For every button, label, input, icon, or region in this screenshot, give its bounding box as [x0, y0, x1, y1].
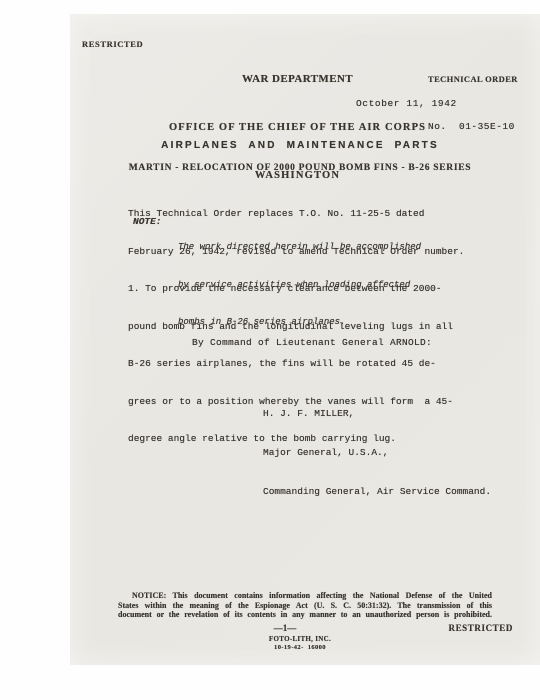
- signatory-rank: Major General, U.S.A.,: [263, 446, 491, 459]
- notice-line: States within the meaning of the Espiona…: [118, 601, 492, 611]
- document-subtitle: MARTIN - RELOCATION OF 2000 POUND BOMB F…: [70, 163, 530, 173]
- command-line: By Command of Lieutenant General ARNOLD:: [192, 337, 432, 348]
- classification-top: RESTRICTED: [82, 39, 143, 49]
- printer-code: 10-19-42- 16000: [200, 644, 400, 651]
- signature-block: H. J. F. MILLER, Major General, U.S.A., …: [263, 381, 491, 524]
- classification-bottom: RESTRICTED: [448, 623, 513, 633]
- document-page: RESTRICTED WAR DEPARTMENT OFFICE OF THE …: [70, 14, 540, 665]
- signatory-title: Commanding General, Air Service Command.: [263, 485, 491, 498]
- technical-order-label: TECHNICAL ORDER: [428, 74, 518, 84]
- signatory-name: H. J. F. MILLER,: [263, 407, 491, 420]
- paragraph-line: 1. To provide the necessary clearance be…: [128, 283, 453, 296]
- notice-block: NOTICE: This document contains informati…: [118, 591, 492, 620]
- note-label: NOTE:: [133, 216, 162, 227]
- note-line: The work directed herein will be accompl…: [178, 241, 421, 254]
- document-title: AIRPLANES AND MAINTENANCE PARTS: [70, 140, 530, 151]
- technical-order-number: No. 01-35E-10: [428, 121, 518, 132]
- paragraph-line: B-26 series airplanes, the fins will be …: [128, 358, 453, 371]
- notice-line: document or the revelation of its conten…: [118, 610, 492, 620]
- date-line: October 11, 1942: [356, 98, 457, 109]
- war-department-line: WAR DEPARTMENT: [155, 73, 440, 85]
- notice-line: NOTICE: This document contains informati…: [118, 591, 492, 601]
- paragraph-line: pound bomb fins and the longitudinal lev…: [128, 321, 453, 334]
- page-number: —1—: [245, 623, 325, 633]
- screenshot-root: { "doc": { "classification_top": "RESTRI…: [0, 0, 540, 700]
- printer-name: FOTO-LITH, INC.: [200, 635, 400, 643]
- office-line: OFFICE OF THE CHIEF OF THE AIR CORPS: [155, 122, 440, 133]
